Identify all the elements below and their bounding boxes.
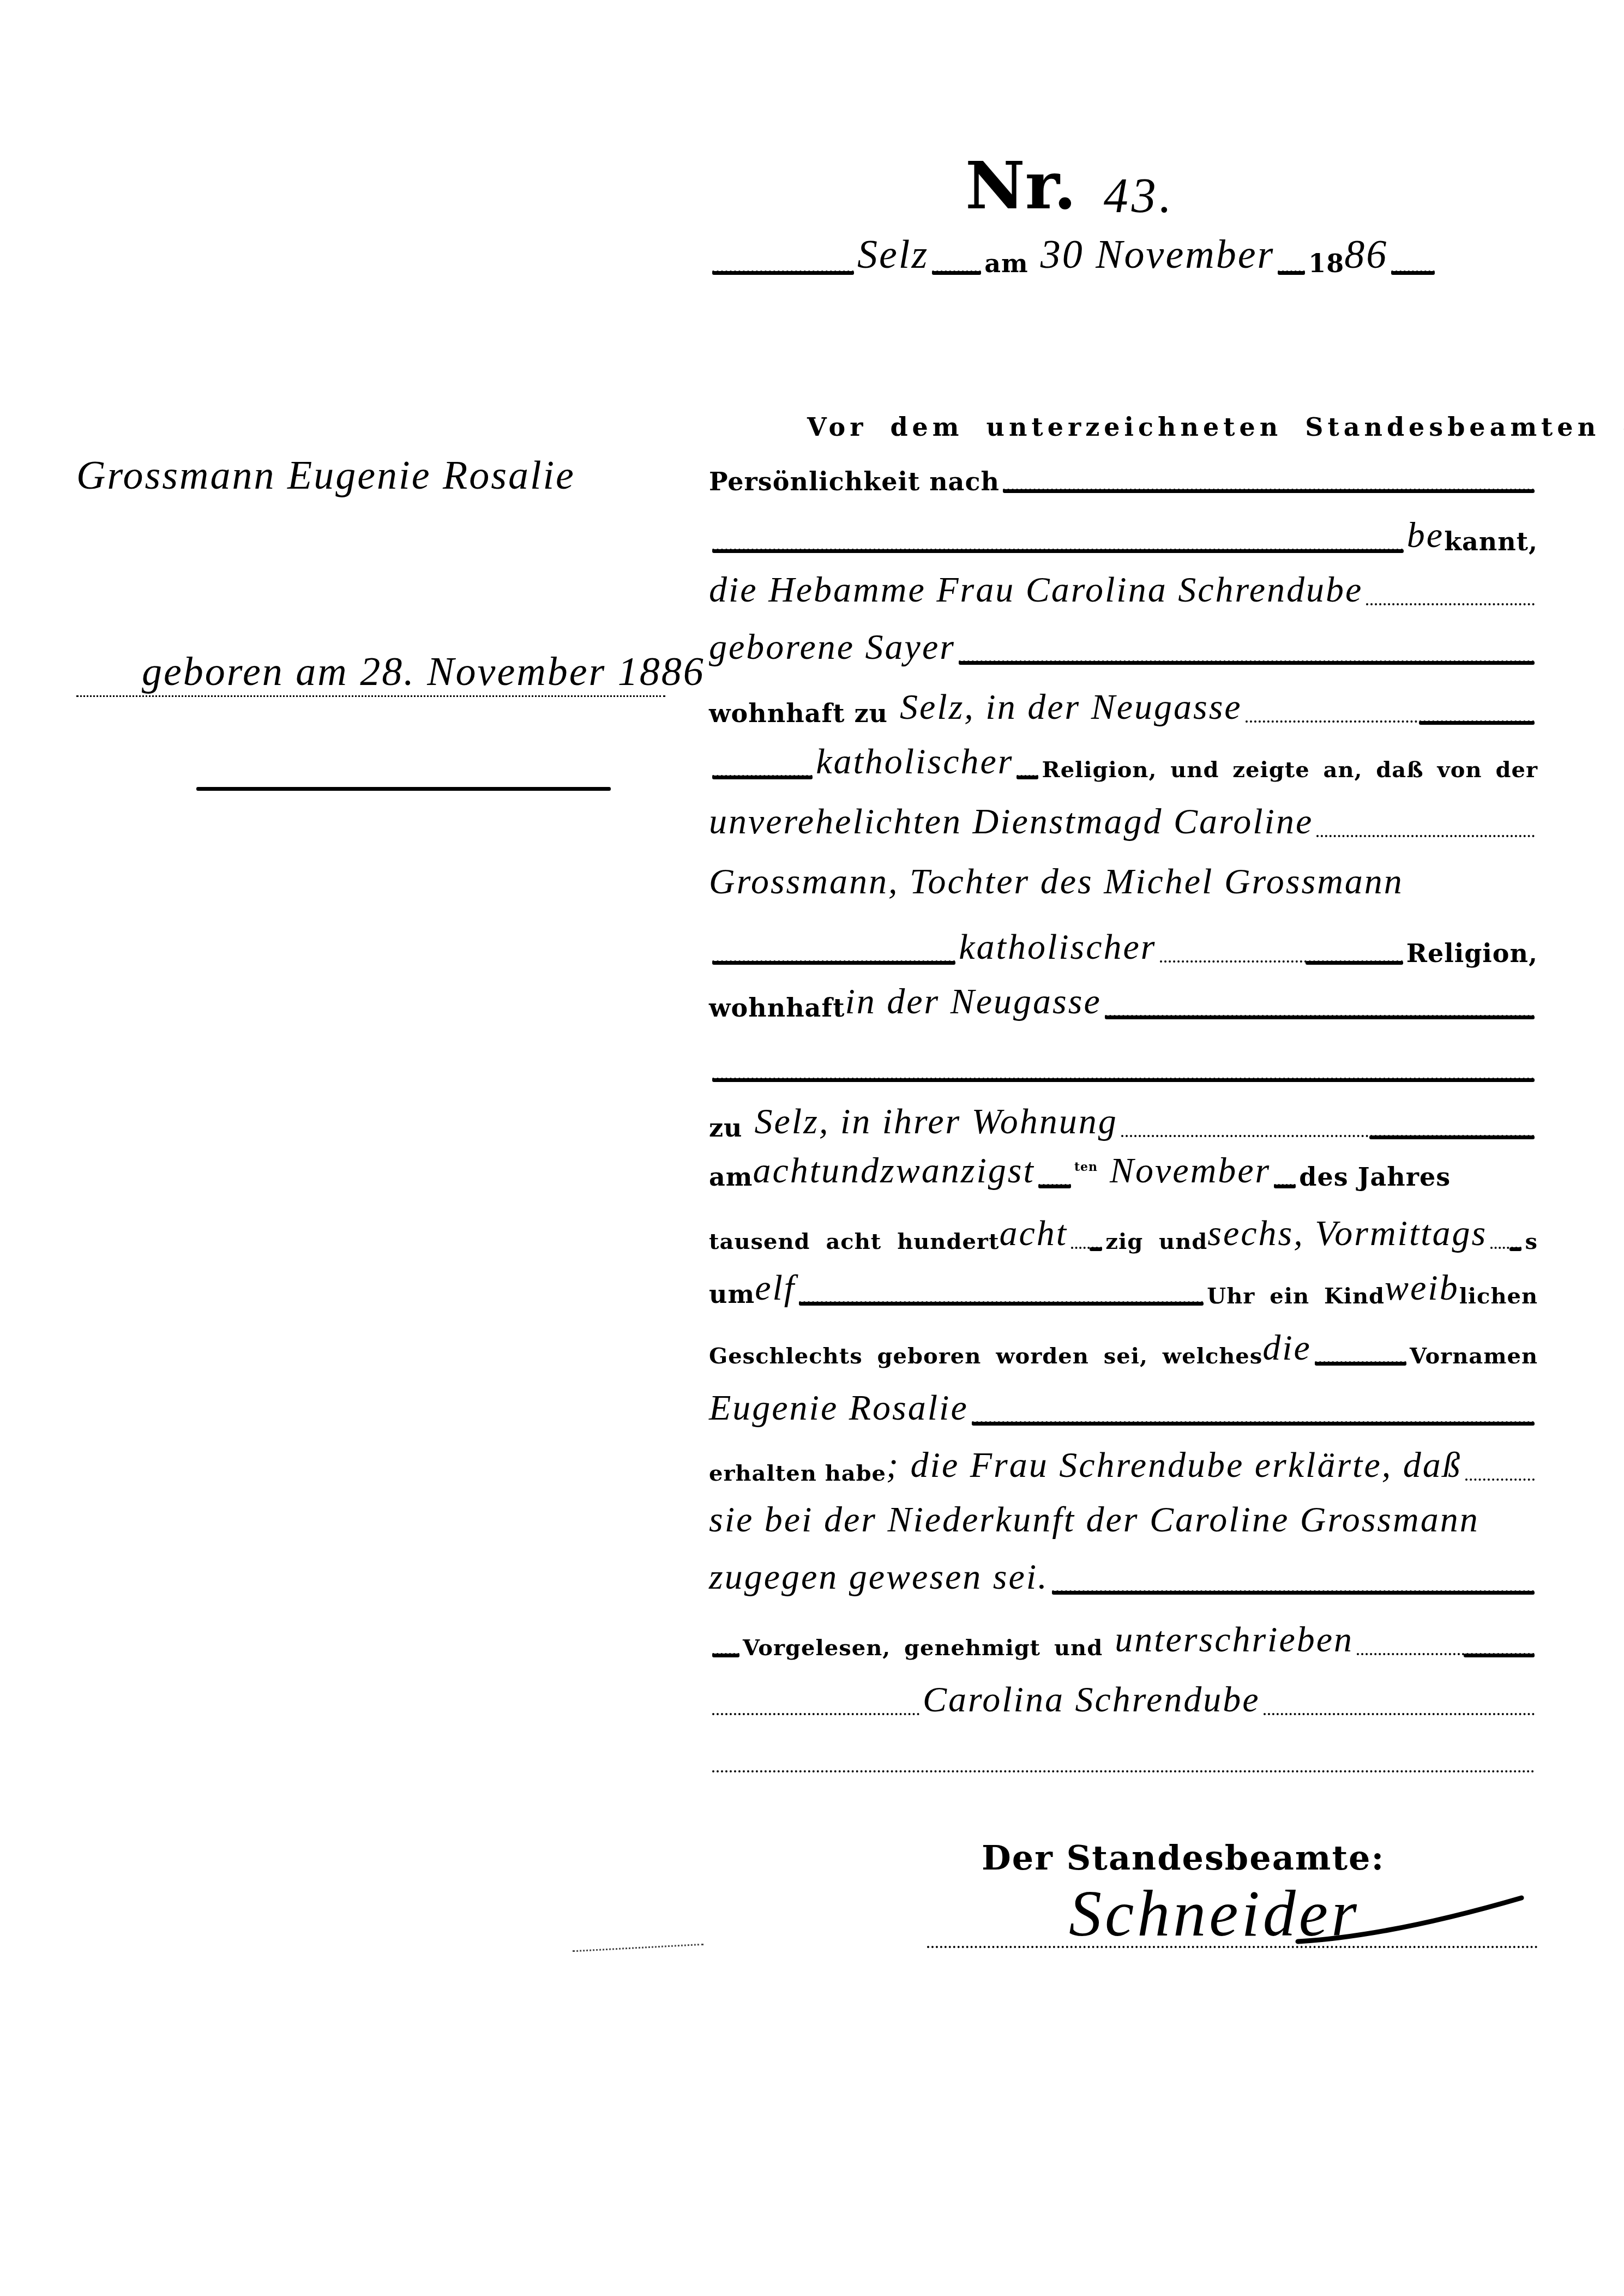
blank-line xyxy=(1316,835,1535,837)
blank-line xyxy=(1016,775,1038,777)
blank-line xyxy=(1366,603,1535,605)
blank-line xyxy=(799,1301,1204,1303)
given-names-label: Vornamen xyxy=(1410,1343,1538,1369)
mother-residence-line: wohnhaft in der Neugasse xyxy=(709,973,1538,1023)
residence-value: Selz, in der Neugasse xyxy=(900,687,1242,728)
birth-place-label: zu xyxy=(709,1113,743,1143)
received-note-line-3: zugegen gewesen sei. xyxy=(709,1549,1538,1598)
birth-hour-line: um elf Uhr ein Kind weib lichen xyxy=(709,1260,1538,1309)
blank-line xyxy=(712,1713,919,1715)
blank-line xyxy=(1246,720,1535,723)
birth-place-value: Selz, in ihrer Wohnung xyxy=(755,1101,1118,1143)
birth-day-line: am achtundzwanzigst ten November des Jah… xyxy=(709,1143,1538,1192)
given-names-line: Eugenie Rosalie xyxy=(709,1380,1538,1429)
year-label: des Jahres xyxy=(1299,1162,1451,1192)
official-title: Der Standesbeamte: xyxy=(982,1838,1385,1878)
blank-line xyxy=(959,660,1535,663)
signature-flourish-icon xyxy=(1172,1887,1554,1952)
mother-residence-value: in der Neugasse xyxy=(845,981,1101,1023)
am-label: am xyxy=(984,249,1028,278)
blank-line xyxy=(1274,1184,1296,1186)
margin-rule xyxy=(196,787,611,791)
blank-line xyxy=(1121,1135,1535,1137)
blank-line xyxy=(1315,1361,1406,1363)
year-printed: 18 xyxy=(1308,249,1344,278)
blank-line xyxy=(1003,489,1535,491)
blank-row xyxy=(709,1036,1538,1085)
informant-line-2: geborene Sayer xyxy=(709,619,1538,668)
received-note-line-2: sie bei der Niederkunft der Caroline Gro… xyxy=(709,1492,1538,1541)
blank-line xyxy=(712,1653,739,1655)
known-line: be kannt, xyxy=(709,507,1538,556)
blank-line xyxy=(1038,1184,1071,1186)
religion-value-1: katholischer xyxy=(816,741,1013,783)
identity-line: Persönlichkeit nach xyxy=(709,447,1538,496)
gender-value: weib xyxy=(1385,1267,1459,1309)
birth-year-line: tausend acht hundert acht zig und sechs,… xyxy=(709,1205,1538,1254)
read-approved-line: Vorgelesen, genehmigt und unterschrieben xyxy=(709,1612,1538,1661)
blank-line xyxy=(1490,1247,1521,1249)
intro-text: Vor dem unterzeichneten Standesbeamten e… xyxy=(807,412,1624,442)
margin-birth-date: geboren am 28. November 1886 xyxy=(142,649,705,695)
identity-label: Persönlichkeit nach xyxy=(709,467,1000,496)
informant-maiden-name: geborene Sayer xyxy=(709,627,955,668)
blank-line xyxy=(1105,1015,1535,1017)
register-number: Nr. 43. xyxy=(965,147,1175,224)
clock-label: Uhr ein Kind xyxy=(1207,1283,1385,1309)
received-line: erhalten habe ; die Frau Schrendube erkl… xyxy=(709,1437,1538,1486)
blank-line xyxy=(712,1078,1535,1080)
blank-line xyxy=(1052,1590,1535,1592)
thousand-label: tausend acht hundert xyxy=(709,1229,999,1254)
intro-line: Vor dem unterzeichneten Standesbeamten e… xyxy=(807,393,1538,442)
residence-label: wohnhaft zu xyxy=(709,699,888,728)
given-names-value: Eugenie Rosalie xyxy=(709,1387,969,1429)
informant-signature-line: Carolina Schrendube xyxy=(709,1672,1538,1721)
known-suffix: kannt, xyxy=(1444,527,1538,556)
blank-line xyxy=(712,1770,1535,1772)
day-value: achtundzwanzigst xyxy=(753,1150,1034,1192)
month-value: November xyxy=(1110,1150,1271,1192)
religion-line-2: katholischer Religion, xyxy=(709,919,1538,968)
informant-line-1: die Hebamme Frau Carolina Schrendube xyxy=(709,562,1538,611)
residence-line: wohnhaft zu Selz, in der Neugasse xyxy=(709,679,1538,728)
day-suffix: ten xyxy=(1074,1160,1098,1174)
register-number-value: 43. xyxy=(1104,168,1175,224)
mother-line-1: unverehelichten Dienstmagd Caroline xyxy=(709,794,1538,843)
blank-line xyxy=(932,271,981,273)
hour-label: um xyxy=(709,1279,755,1309)
blank-line xyxy=(712,549,1404,551)
zig-label: zig und xyxy=(1105,1229,1207,1254)
blank-line xyxy=(972,1421,1535,1423)
read-value: unterschrieben xyxy=(1115,1619,1354,1661)
mother-residence-label: wohnhaft xyxy=(709,993,845,1023)
religion-line-1: katholischer Religion, und zeigte an, da… xyxy=(709,734,1538,783)
unit-value: sechs, Vormittags xyxy=(1207,1213,1487,1254)
hour-value: elf xyxy=(755,1267,796,1309)
mother-status: unverehelichten Dienstmagd Caroline xyxy=(709,801,1313,843)
blank-line xyxy=(1465,1478,1535,1481)
blank-line xyxy=(712,775,813,777)
religion-text-1: Religion, und zeigte an, daß von der xyxy=(1042,757,1538,783)
given-names-prefix: die xyxy=(1262,1327,1312,1369)
margin-note-birth: geboren am 28. November 1886 xyxy=(76,649,665,697)
born-text: Geschlechts geboren worden sei, welches xyxy=(709,1343,1262,1369)
margin-note-name: Grossmann Eugenie Rosalie xyxy=(76,453,676,499)
blank-signature-row xyxy=(709,1729,1538,1778)
decade-value: acht xyxy=(999,1213,1068,1254)
received-note-2: sie bei der Niederkunft der Caroline Gro… xyxy=(709,1499,1479,1541)
mother-name: Grossmann, Tochter des Michel Grossmann xyxy=(709,861,1404,903)
born-line: Geschlechts geboren worden sei, welches … xyxy=(709,1320,1538,1369)
religion-label-2: Religion, xyxy=(1406,939,1538,968)
informant-signature: Carolina Schrendube xyxy=(923,1679,1260,1721)
blank-line xyxy=(1264,1713,1535,1715)
informant-name: die Hebamme Frau Carolina Schrendube xyxy=(709,569,1363,611)
received-note-3: zugegen gewesen sei. xyxy=(709,1556,1049,1598)
scan-smudge xyxy=(573,1944,703,1952)
religion-value-2: katholischer xyxy=(959,927,1156,968)
mother-line-2: Grossmann, Tochter des Michel Grossmann xyxy=(709,854,1538,903)
day-label: am xyxy=(709,1162,753,1192)
received-label: erhalten habe xyxy=(709,1460,886,1486)
blank-line xyxy=(712,960,955,963)
gender-suffix: lichen xyxy=(1459,1283,1538,1309)
date-value: 30 November xyxy=(1040,232,1275,278)
register-number-label: Nr. xyxy=(965,147,1076,224)
blank-line xyxy=(1160,960,1403,963)
unit-suffix: s xyxy=(1525,1229,1538,1254)
header-place-date: Selz am 30 November 18 86 xyxy=(709,229,1538,278)
official-signature-line xyxy=(927,1946,1538,1948)
known-prefix: be xyxy=(1407,515,1444,556)
year-handwritten: 86 xyxy=(1344,232,1388,278)
received-note-1: ; die Frau Schrendube erklärte, daß xyxy=(886,1445,1462,1486)
birth-register-page: Nr. 43. Selz am 30 November 18 86 Grossm… xyxy=(0,0,1624,2296)
blank-line xyxy=(1278,271,1305,273)
blank-line xyxy=(1071,1247,1102,1249)
birth-place-line: zu Selz, in ihrer Wohnung xyxy=(709,1093,1538,1143)
blank-line xyxy=(712,271,854,273)
blank-line xyxy=(1357,1653,1535,1655)
place-value: Selz xyxy=(857,232,929,278)
read-label: Vorgelesen, genehmigt und xyxy=(743,1635,1103,1661)
margin-child-name: Grossmann Eugenie Rosalie xyxy=(76,453,575,499)
blank-line xyxy=(1391,271,1435,273)
